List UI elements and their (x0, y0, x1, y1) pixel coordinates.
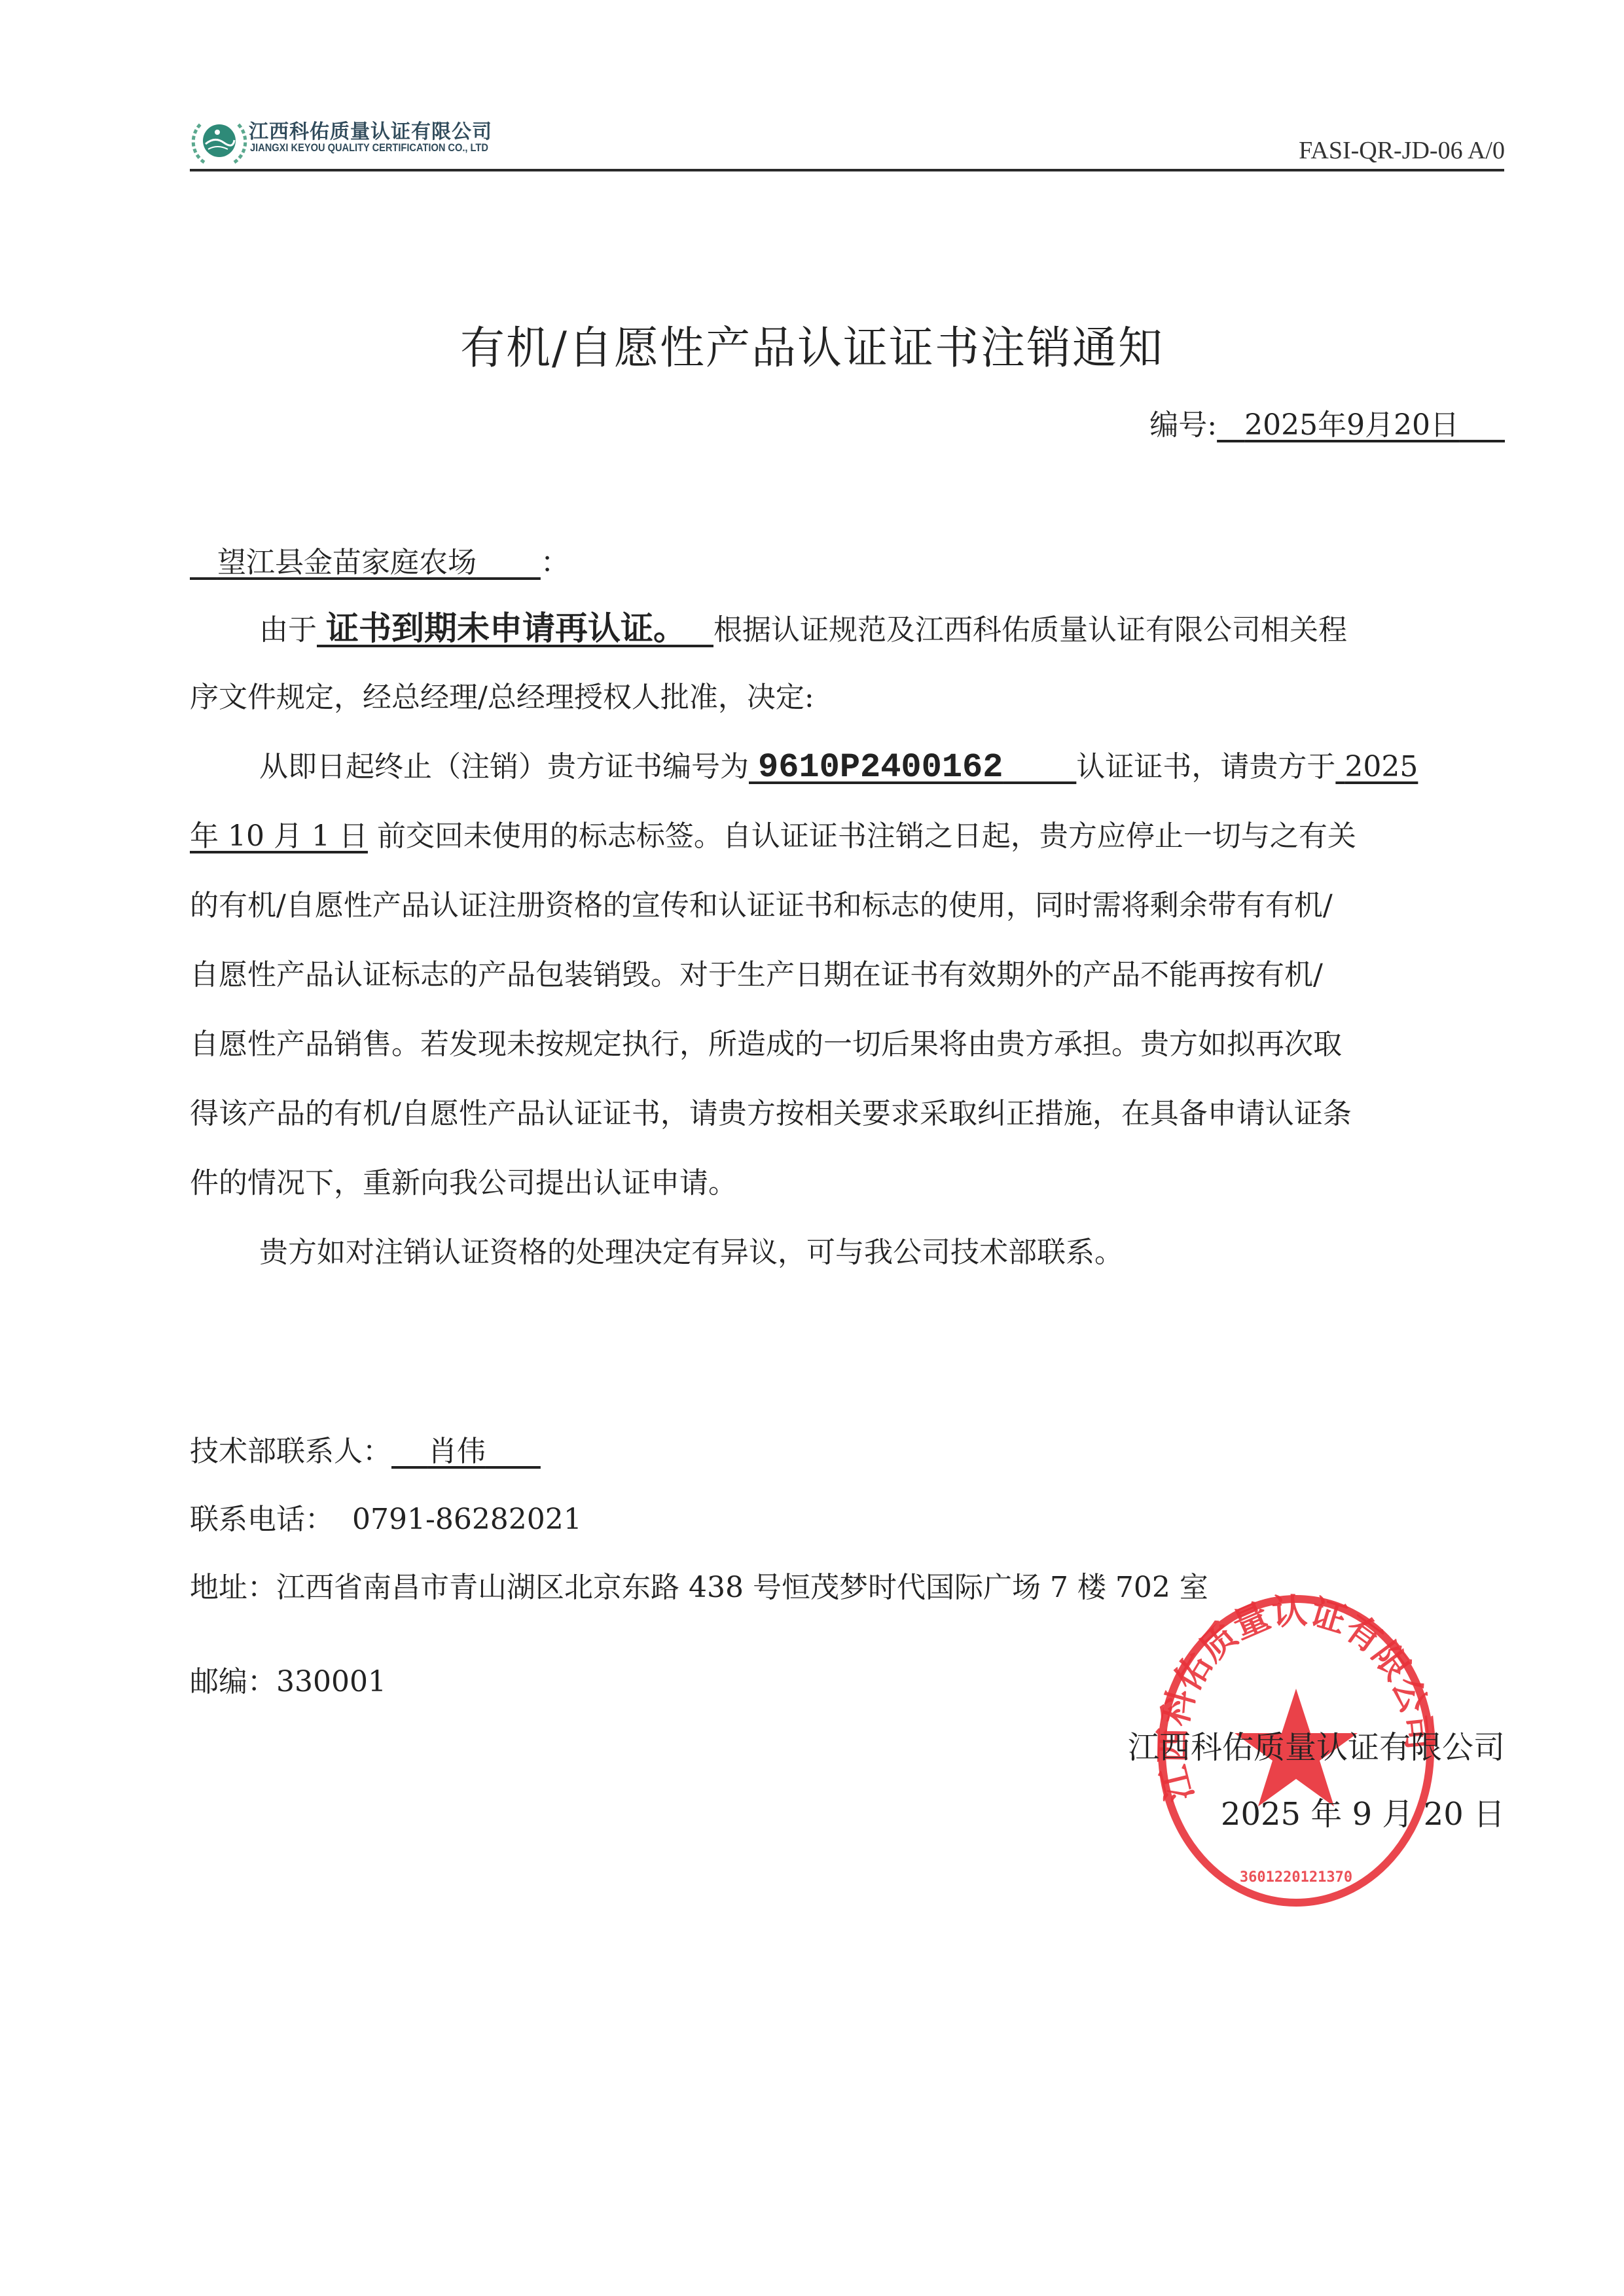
contact-zip-row: 邮编：330001 (190, 1662, 386, 1702)
contact-zip-label: 邮编： (190, 1665, 276, 1698)
recipient-name: 望江县金苗家庭农场 (190, 546, 541, 579)
number-row: 编号: 2025年9月20日 (1149, 406, 1505, 445)
return-deadline-date: 年 10 月 1 日 (190, 819, 368, 853)
contact-zip-value: 330001 (276, 1665, 386, 1698)
paragraph-1-line-1: 由于 证书到期未申请再认证。 根据认证规范及江西科佑质量认证有限公司相关程 (259, 609, 1347, 650)
paragraph-2-line-1: 从即日起终止（注销）贵方证书编号为 9610P2400162 认证证书，请贵方于… (259, 747, 1418, 787)
paragraph-2-line-7: 件的情况下，重新向我公司提出认证申请。 (190, 1164, 737, 1203)
paragraph-2-line-4: 自愿性产品认证标志的产品包装销毁。对于生产日期在证书有效期外的产品不能再按有机/ (190, 956, 1323, 995)
contact-address-value: 江西省南昌市青山湖区北京东路 438 号恒茂梦时代国际广场 7 楼 702 室 (276, 1571, 1208, 1604)
contact-address-label: 地址： (190, 1571, 276, 1604)
number-value: 2025年9月20日 (1217, 408, 1505, 442)
paragraph-2-line-3: 的有机/自愿性产品认证注册资格的宣传和认证证书和标志的使用，同时需将剩余带有有机… (190, 886, 1333, 925)
contact-person-value: 肖伟 (391, 1435, 541, 1468)
certificate-number: 9610P2400162 (749, 750, 1076, 783)
contact-person-row: 技术部联系人： 肖伟 (190, 1432, 541, 1471)
contact-person-label: 技术部联系人： (190, 1435, 391, 1468)
signature-company: 江西科佑质量认证有限公司 (1128, 1728, 1505, 1767)
signature-date: 2025 年 9 月 20 日 (1221, 1795, 1505, 1834)
paragraph-3: 贵方如对注销认证资格的处理决定有异议，可与我公司技术部联系。 (259, 1233, 1123, 1272)
paragraph-2-line-6: 得该产品的有机/自愿性产品认证证书，请贵方按相关要求采取纠正措施，在具备申请认证… (190, 1094, 1352, 1134)
company-logo-icon (191, 113, 247, 169)
recipient-row: 望江县金苗家庭农场 ： (190, 543, 569, 583)
document-code: FASI-QR-JD-06 A/0 (1299, 136, 1505, 165)
page-title: 有机/自愿性产品认证证书注销通知 (0, 313, 1624, 376)
return-deadline-year: 2025 (1335, 750, 1418, 783)
paragraph-2-line-5: 自愿性产品销售。若发现未按规定执行，所造成的一切后果将由贵方承担。贵方如拟再次取 (190, 1025, 1342, 1064)
company-name-cn: 江西科佑质量认证有限公司 (249, 115, 492, 144)
cancellation-reason: 证书到期未申请再认证。 (317, 613, 713, 647)
paragraph-1-line-2: 序文件规定，经总经理/总经理授权人批准，决定: (190, 678, 814, 717)
company-name-en: JIANGXI KEYOU QUALITY CERTIFICATION CO.,… (250, 141, 488, 154)
contact-phone-label: 联系电话： (190, 1503, 334, 1536)
number-label: 编号: (1149, 408, 1217, 442)
header-divider (190, 169, 1504, 171)
contact-address-row: 地址：江西省南昌市青山湖区北京东路 438 号恒茂梦时代国际广场 7 楼 702… (190, 1568, 1208, 1607)
seal-code: 3601220121370 (1240, 1869, 1352, 1886)
paragraph-2-line-2: 年 10 月 1 日 前交回未使用的标志标签。自认证证书注销之日起，贵方应停止一… (190, 817, 1356, 856)
contact-phone-value: 0791-86282021 (352, 1503, 582, 1536)
contact-phone-row: 联系电话： 0791-86282021 (190, 1500, 582, 1539)
